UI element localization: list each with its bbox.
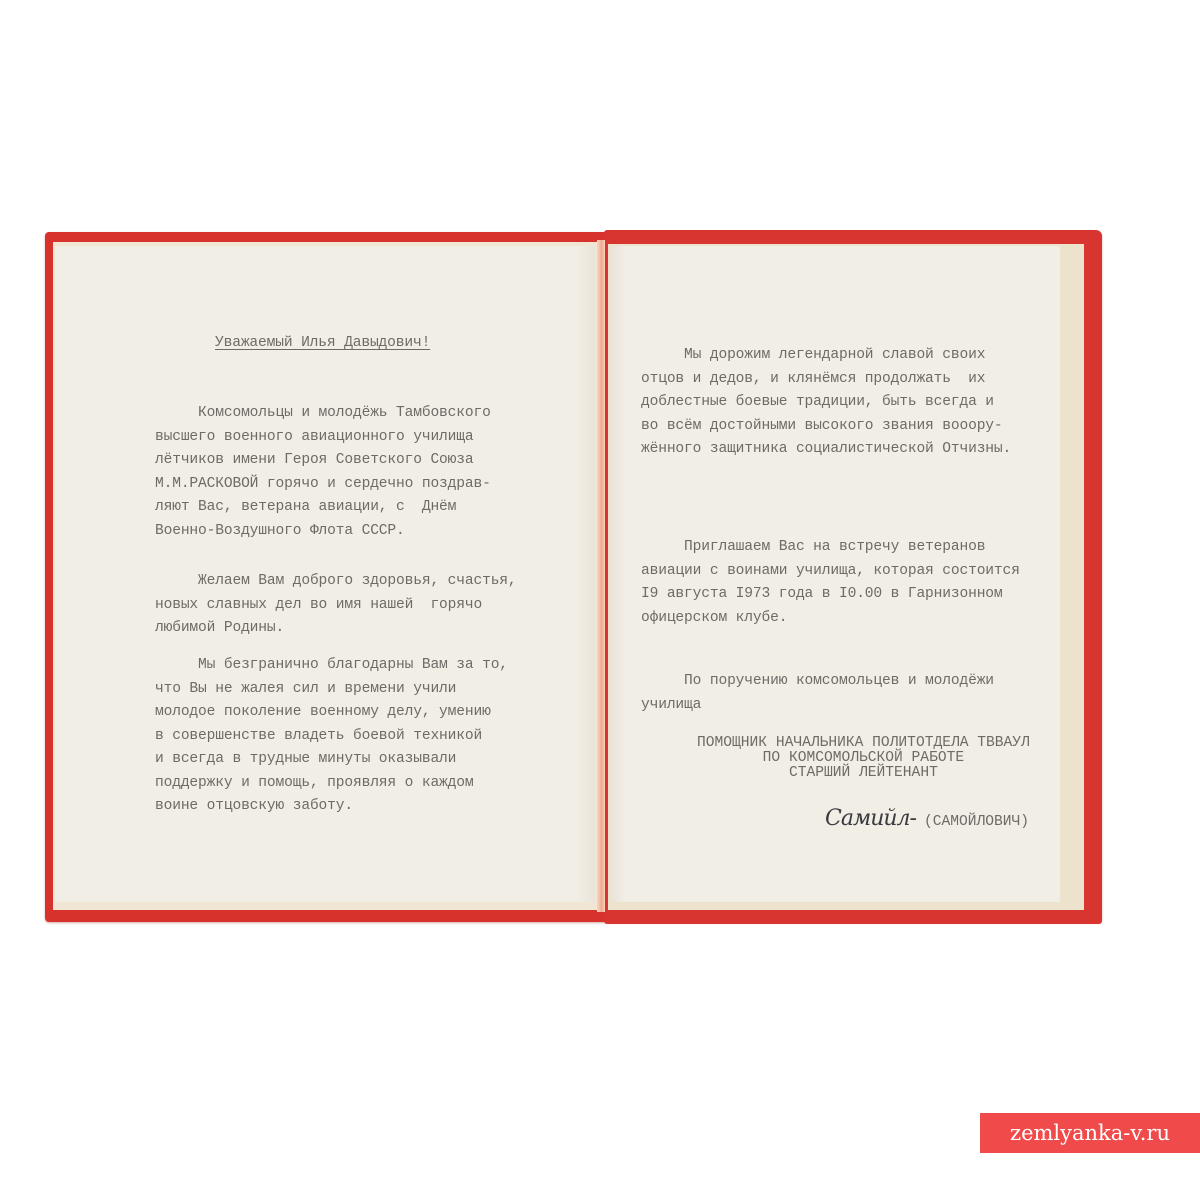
left-paragraph-congratulation: Комсомольцы и молодёжь Тамбовского высше… bbox=[155, 402, 491, 543]
right-paragraph-on-behalf: По поручению комсомольцев и молодёжи учи… bbox=[641, 670, 994, 717]
watermark-badge: zemlyanka-v.ru bbox=[980, 1113, 1200, 1153]
right-paragraph-traditions: Мы дорожим легендарной славой своих отцо… bbox=[641, 344, 1011, 462]
salutation: Уважаемый Илья Давыдович! bbox=[215, 332, 430, 356]
signer-name: (САМОЙЛОВИЧ) bbox=[924, 814, 1029, 830]
right-page: Мы дорожим легендарной славой своих отцо… bbox=[611, 246, 1060, 902]
book-spine bbox=[597, 240, 605, 912]
left-paragraph-wishes: Желаем Вам доброго здоровья, счастья, но… bbox=[155, 570, 517, 641]
right-paragraph-invitation: Приглашаем Вас на встречу ветеранов авиа… bbox=[641, 536, 1020, 630]
left-paragraph-gratitude: Мы безгранично благодарны Вам за то, что… bbox=[155, 654, 508, 819]
handwritten-signature: Самийл- bbox=[825, 806, 916, 831]
signature-row: Самийл- (САМОЙЛОВИЧ) bbox=[825, 806, 1029, 831]
left-page: Уважаемый Илья Давыдович! Комсомольцы и … bbox=[55, 246, 595, 902]
signatory-title: ПОМОЩНИК НАЧАЛЬНИКА ПОЛИТОТДЕЛА ТВВАУЛ П… bbox=[697, 736, 1030, 781]
